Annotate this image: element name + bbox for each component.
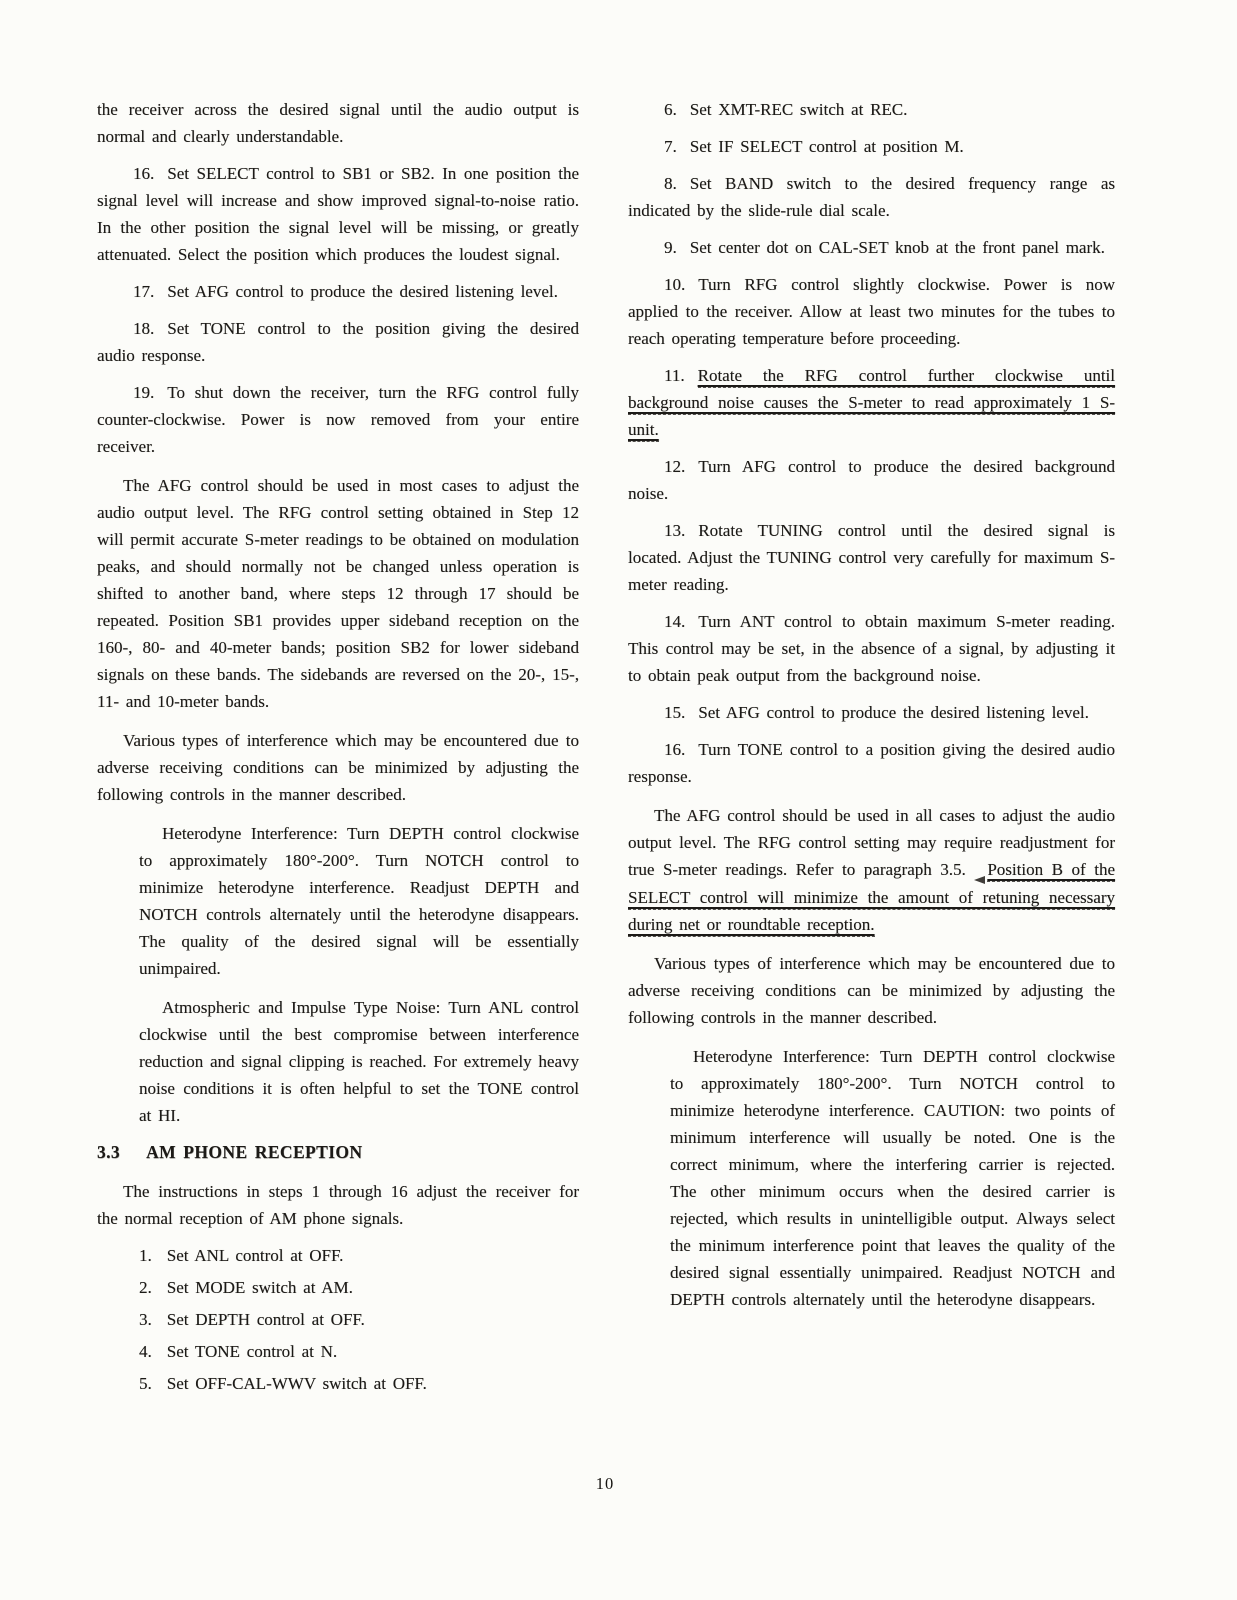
paragraph-continuation: the receiver across the desired signal u… <box>97 96 579 150</box>
step-text: Set BAND switch to the desired frequency… <box>628 174 1115 220</box>
step-17: 17.Set AFG control to produce the desire… <box>97 278 579 305</box>
step-number: 10. <box>664 275 685 294</box>
paragraph-interference: Various types of interference which may … <box>97 727 579 808</box>
paragraph-interference-right: Various types of interference which may … <box>628 950 1115 1031</box>
hand-drawn-arrow-icon <box>974 876 985 884</box>
step-text: Set AFG control to produce the desired l… <box>167 282 558 301</box>
block-heterodyne-interference-right: Heterodyne Interference: Turn DEPTH cont… <box>670 1043 1115 1313</box>
step-19: 19.To shut down the receiver, turn the R… <box>97 379 579 460</box>
step-9: 9.Set center dot on CAL-SET knob at the … <box>628 234 1115 261</box>
step-18: 18.Set TONE control to the position givi… <box>97 315 579 369</box>
step-number: 11. <box>664 366 685 385</box>
step-text: Turn AFG control to produce the desired … <box>628 457 1115 503</box>
step-number: 4. <box>139 1342 152 1361</box>
step-text: Set IF SELECT control at position M. <box>690 137 964 156</box>
step-text: Rotate TUNING control until the desired … <box>628 521 1115 594</box>
step-6: 6.Set XMT-REC switch at REC. <box>628 96 1115 123</box>
step-number: 8. <box>664 174 677 193</box>
step-16: 16.Set SELECT control to SB1 or SB2. In … <box>97 160 579 268</box>
manual-page: the receiver across the desired signal u… <box>0 0 1237 1600</box>
step-10: 10.Turn RFG control slightly clockwise. … <box>628 271 1115 352</box>
step-text-underlined: Rotate the RFG control further clockwise… <box>628 366 1115 442</box>
step-text: Set TONE control to the position giving … <box>97 319 579 365</box>
step-number: 16. <box>664 740 685 759</box>
paragraph-afg-note: The AFG control should be used in most c… <box>97 472 579 715</box>
step-number: 5. <box>139 1374 152 1393</box>
step-text: Set MODE switch at AM. <box>167 1278 353 1297</box>
step-number: 17. <box>133 282 154 301</box>
step-text: Set XMT-REC switch at REC. <box>690 100 908 119</box>
step-text: Turn ANT control to obtain maximum S-met… <box>628 612 1115 685</box>
step-number: 7. <box>664 137 677 156</box>
step-number: 15. <box>664 703 685 722</box>
step-number: 3. <box>139 1310 152 1329</box>
step-text: Set center dot on CAL-SET knob at the fr… <box>690 238 1105 257</box>
am-step-5: 5.Set OFF-CAL-WWV switch at OFF. <box>139 1370 579 1397</box>
right-column: 6.Set XMT-REC switch at REC. 7.Set IF SE… <box>628 96 1115 1323</box>
section-number: 3.3 <box>97 1142 120 1162</box>
step-8: 8.Set BAND switch to the desired frequen… <box>628 170 1115 224</box>
am-step-2: 2.Set MODE switch at AM. <box>139 1274 579 1301</box>
step-text: Turn TONE control to a position giving t… <box>628 740 1115 786</box>
step-11-hand-underlined: 11.Rotate the RFG control further clockw… <box>628 362 1115 443</box>
block-heterodyne-interference: Heterodyne Interference: Turn DEPTH cont… <box>139 820 579 982</box>
step-text: Set OFF-CAL-WWV switch at OFF. <box>167 1374 427 1393</box>
step-13: 13.Rotate TUNING control until the desir… <box>628 517 1115 598</box>
am-step-4: 4.Set TONE control at N. <box>139 1338 579 1365</box>
step-15: 15.Set AFG control to produce the desire… <box>628 699 1115 726</box>
left-column: the receiver across the desired signal u… <box>97 96 579 1402</box>
step-number: 12. <box>664 457 685 476</box>
step-number: 13. <box>664 521 685 540</box>
step-12: 12.Turn AFG control to produce the desir… <box>628 453 1115 507</box>
step-16-right: 16.Turn TONE control to a position givin… <box>628 736 1115 790</box>
step-text: To shut down the receiver, turn the RFG … <box>97 383 579 456</box>
paragraph-afg-note-right: The AFG control should be used in all ca… <box>628 802 1115 938</box>
step-number: 16. <box>133 164 154 183</box>
step-number: 19. <box>133 383 154 402</box>
block-atmospheric-noise: Atmospheric and Impulse Type Noise: Turn… <box>139 994 579 1129</box>
step-text: Set AFG control to produce the desired l… <box>698 703 1089 722</box>
am-step-1: 1.Set ANL control at OFF. <box>139 1242 579 1269</box>
step-number: 6. <box>664 100 677 119</box>
step-7: 7.Set IF SELECT control at position M. <box>628 133 1115 160</box>
step-number: 18. <box>133 319 154 338</box>
step-text: Turn RFG control slightly clockwise. Pow… <box>628 275 1115 348</box>
step-number: 14. <box>664 612 685 631</box>
step-14: 14.Turn ANT control to obtain maximum S-… <box>628 608 1115 689</box>
page-number: 10 <box>0 1474 1210 1494</box>
step-number: 1. <box>139 1246 152 1265</box>
am-step-3: 3.Set DEPTH control at OFF. <box>139 1306 579 1333</box>
section-heading-3-3: 3.3AM PHONE RECEPTION <box>97 1139 579 1166</box>
step-number: 2. <box>139 1278 152 1297</box>
step-number: 9. <box>664 238 677 257</box>
step-text: Set ANL control at OFF. <box>167 1246 344 1265</box>
section-title: AM PHONE RECEPTION <box>146 1142 362 1162</box>
step-text: Set TONE control at N. <box>167 1342 337 1361</box>
step-text: Set SELECT control to SB1 or SB2. In one… <box>97 164 579 264</box>
step-text: Set DEPTH control at OFF. <box>167 1310 365 1329</box>
paragraph-am-instructions: The instructions in steps 1 through 16 a… <box>97 1178 579 1232</box>
